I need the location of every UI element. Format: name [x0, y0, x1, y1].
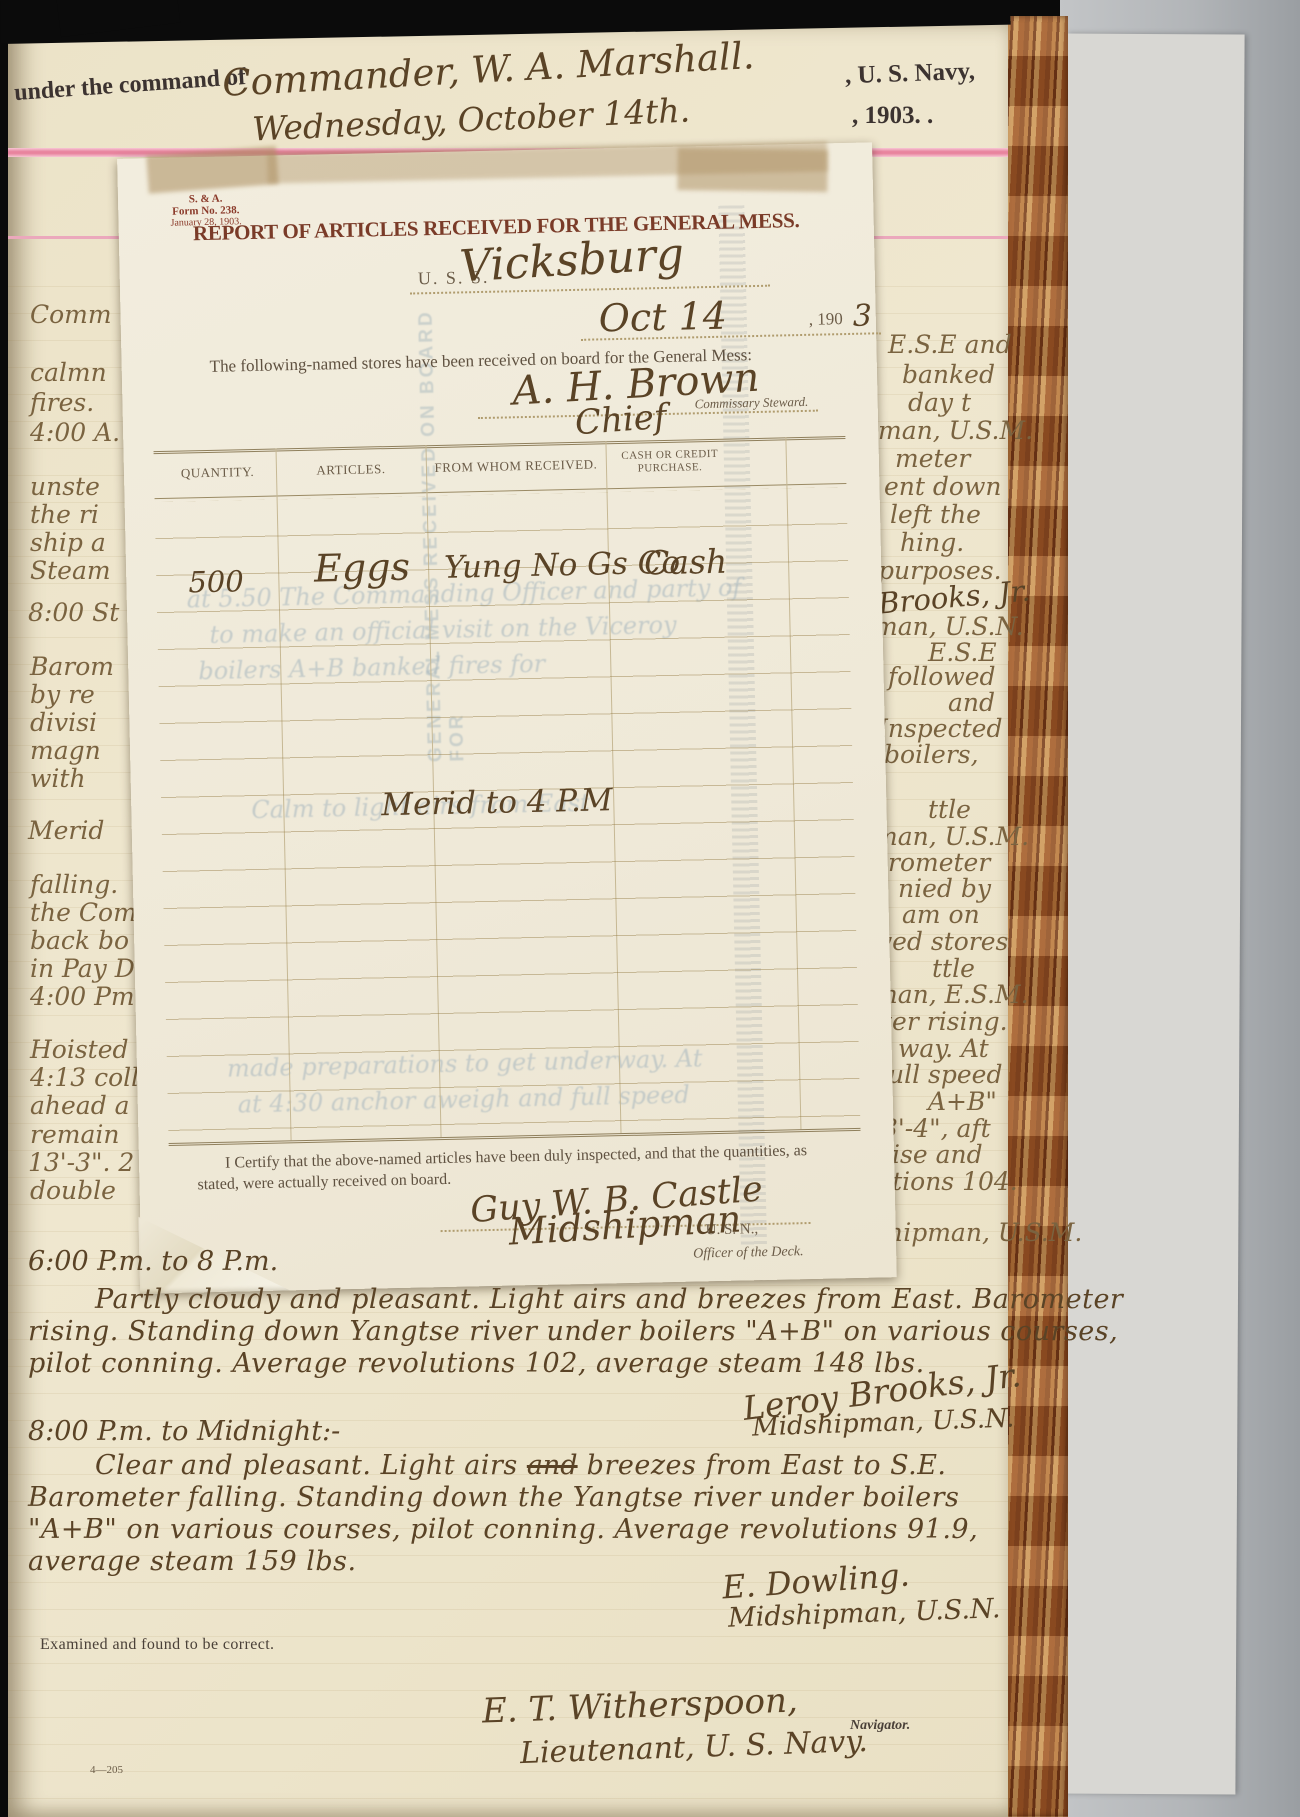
right-fragment: boilers, [884, 740, 979, 769]
left-fragment: 13'-3". 2 [28, 1148, 134, 1177]
entry2-line1-post: breezes from East to S.E. [578, 1450, 947, 1481]
right-fragment: Inspected [878, 714, 1002, 743]
left-fragment: Comm [30, 300, 112, 329]
right-fragment: Chipman, U.S.M. [868, 1218, 1082, 1247]
left-fragment: divisi [30, 708, 97, 737]
right-fragment: nied by [898, 874, 991, 903]
right-fragment: followed [888, 662, 996, 691]
right-fragment: 3'-4", aft [882, 1114, 991, 1143]
left-fragment: calmn [30, 358, 107, 387]
column-header-quantity: QUANTITY. [159, 463, 276, 482]
column-header-cash: CASH OR CREDIT PURCHASE. [611, 448, 730, 477]
right-fragment: E.S.E and [888, 330, 1012, 359]
tape-stain [677, 148, 828, 192]
left-fragment: 4:00 A. [30, 418, 120, 447]
left-fragment: by re [30, 680, 95, 709]
left-fragment: Hoisted [30, 1035, 129, 1064]
right-fragment: ent down [884, 472, 1001, 501]
row-articles: Eggs [314, 545, 411, 591]
tape-stain [146, 146, 278, 194]
right-fragment: A+B" [928, 1087, 997, 1116]
entry1-line1: Partly cloudy and pleasant. Light airs a… [95, 1284, 1123, 1315]
deck-rank-printed: U. S. N., [705, 1221, 758, 1239]
left-fragment: Merid [28, 816, 104, 845]
right-fragment: hing. [900, 528, 964, 557]
left-fragment: ship a [30, 528, 106, 557]
entry2-line4: average steam 159 lbs. [28, 1546, 357, 1577]
left-fragment: fires. [30, 388, 94, 417]
right-fragment: rometer [888, 848, 990, 877]
print-code: 4—205 [90, 1764, 123, 1776]
navigator-label-printed: Navigator. [850, 1718, 910, 1734]
left-fragment: 8:00 St [28, 598, 119, 627]
entry2-line1-pre: Clear and pleasant. Light airs [95, 1450, 527, 1481]
right-fragment: ter rising. [882, 1007, 1008, 1036]
column-header-from: FROM WHOM RECEIVED. [426, 456, 606, 476]
left-fragment: back bo [30, 926, 129, 955]
column-header-articles: ARTICLES. [276, 460, 426, 479]
left-fragment: the ri [30, 500, 99, 529]
left-fragment: double [30, 1176, 116, 1205]
right-fragment: day t [908, 388, 971, 417]
right-fragment: man, U.S.M. [878, 416, 1033, 445]
entry2-line3: "A+B" on various courses, pilot conning.… [28, 1514, 978, 1545]
marbled-book-edge-texture [1002, 16, 1068, 1817]
right-fragment: ise and [892, 1140, 983, 1169]
right-fragment: man, U.S.M. [874, 822, 1029, 851]
right-fragment: ttle [928, 795, 971, 824]
left-fragment: Steam [30, 556, 111, 585]
right-fragment: man, E.S.M. [874, 980, 1029, 1009]
left-fragment: remain [30, 1120, 119, 1149]
entry2-line1: Clear and pleasant. Light airs and breez… [95, 1450, 947, 1481]
right-fragment: and [948, 688, 995, 717]
loose-gray-sheet [1057, 34, 1244, 1795]
form-date-handwritten: Oct 14 [598, 294, 727, 341]
right-fragment: banked [902, 360, 995, 389]
entry1-line2: rising. Standing down Yangtse river unde… [28, 1316, 1118, 1347]
deck-label-printed: Officer of the Deck. [693, 1244, 804, 1262]
header-printed-navy: , U. S. Navy, [845, 58, 976, 91]
entry1-line3: pilot conning. Average revolutions 102, … [28, 1348, 925, 1379]
left-fragment: falling. [30, 870, 118, 899]
entry2-line2: Barometer falling. Standing down the Yan… [28, 1482, 959, 1513]
table-note-merid: Merid to 4 P.M [381, 782, 613, 823]
right-fragment: am on [902, 900, 980, 929]
left-fragment: in Pay De [30, 954, 150, 983]
row-quantity: 500 [188, 564, 244, 599]
right-fragment: left the [890, 500, 981, 529]
left-fragment: Barom [30, 652, 114, 681]
form-date-printed: , 190 [809, 309, 843, 330]
entry2-heading: 8:00 P.m. to Midnight:- [28, 1416, 340, 1447]
entry2-struck-word: and [527, 1450, 578, 1481]
left-fragment: ahead a [30, 1091, 130, 1120]
left-fragment: the Com [30, 898, 137, 927]
left-fragment: 4:13 coll [30, 1063, 139, 1092]
left-fragment: unste [30, 472, 100, 501]
left-fragment: 4:00 Pm. [30, 982, 143, 1011]
steward-label-printed: Commissary Steward. [694, 394, 808, 412]
right-fragment: utions 104. [876, 1167, 1018, 1196]
right-fragment: ved stores [878, 927, 1008, 956]
right-fragment: meter [895, 444, 970, 473]
right-fragment: way. At [898, 1034, 989, 1063]
left-fragment: magn [30, 736, 101, 765]
entry1-heading: 6:00 P.m. to 8 P.m. [28, 1246, 278, 1277]
row-cash: Cash [644, 542, 728, 583]
mess-report-form: GENERAL MESS RECEIVED ON BOARD FOR at 5.… [117, 142, 897, 1293]
header-printed-year: , 1903. . [852, 102, 933, 130]
steward-title-handwritten: Chief [574, 397, 668, 444]
left-fragment: with [30, 764, 86, 793]
right-fragment: man, U.S.N. [874, 612, 1024, 641]
form-date-year-digit: 3 [852, 298, 872, 333]
right-fragment: ttle [932, 954, 975, 983]
scanned-logbook-photo: under the command of Commander, W. A. Ma… [0, 0, 1300, 1817]
examined-printed: Examined and found to be correct. [40, 1636, 274, 1654]
right-fragment: ull speed [888, 1060, 1002, 1089]
